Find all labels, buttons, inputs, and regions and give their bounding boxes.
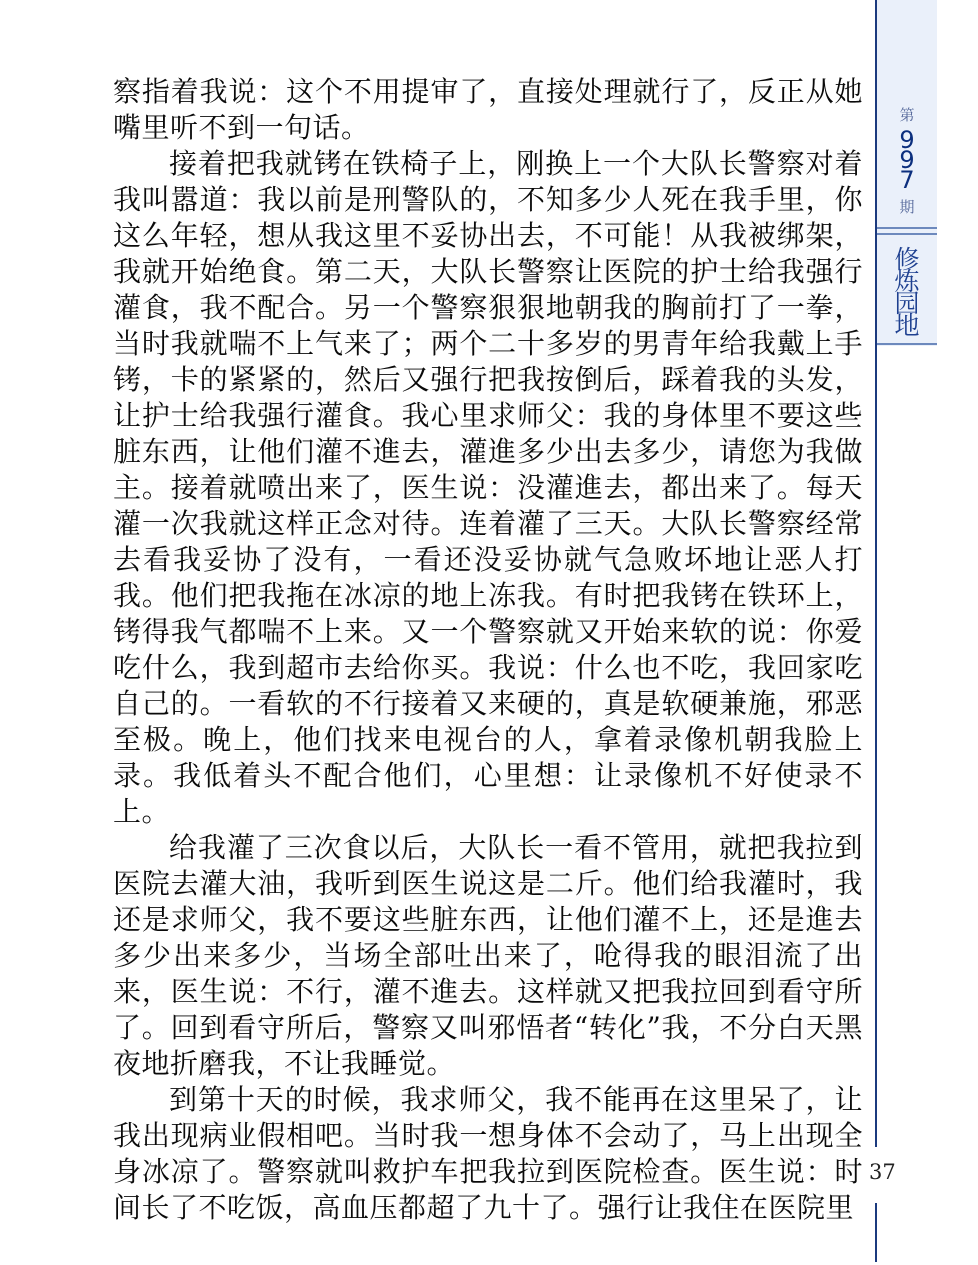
section-title-char: 地 — [877, 315, 937, 337]
page-number: 37 — [869, 1158, 905, 1186]
article-body: 察指着我说：这个不用提审了，直接处理就行了，反正从她嘴里听不到一句话。 接着把我… — [113, 74, 863, 1226]
sidebar-separator-line — [877, 233, 937, 235]
issue-sidebar-band: 第 9 9 7 期 修 炼 园 地 — [877, 0, 937, 346]
issue-suffix-label: 期 — [877, 198, 937, 216]
issue-digit: 7 — [877, 170, 937, 190]
paragraph: 接着把我就铐在铁椅子上，刚换上一个大队长警察对着我叫嚣道：我以前是刑警队的，不知… — [113, 146, 863, 830]
sidebar-separator-line — [877, 227, 937, 229]
paragraph: 到第十天的时候，我求师父，我不能再在这里呆了，让我出现病业假相吧。当时我一想身体… — [113, 1082, 863, 1226]
issue-prefix-label: 第 — [877, 106, 937, 124]
magazine-page: 察指着我说：这个不用提审了，直接处理就行了，反正从她嘴里听不到一句话。 接着把我… — [0, 0, 978, 1265]
section-title-vertical: 修 炼 园 地 — [877, 249, 937, 337]
paragraph: 察指着我说：这个不用提审了，直接处理就行了，反正从她嘴里听不到一句话。 — [113, 74, 863, 146]
sidebar-separator-line — [877, 343, 937, 345]
paragraph: 给我灌了三次食以后，大队长一看不管用，就把我拉到医院去灌大油，我听到医生说这是二… — [113, 830, 863, 1082]
issue-number-block: 第 9 9 7 期 — [877, 106, 937, 216]
sidebar-vertical-rule-bottom — [875, 1203, 877, 1262]
